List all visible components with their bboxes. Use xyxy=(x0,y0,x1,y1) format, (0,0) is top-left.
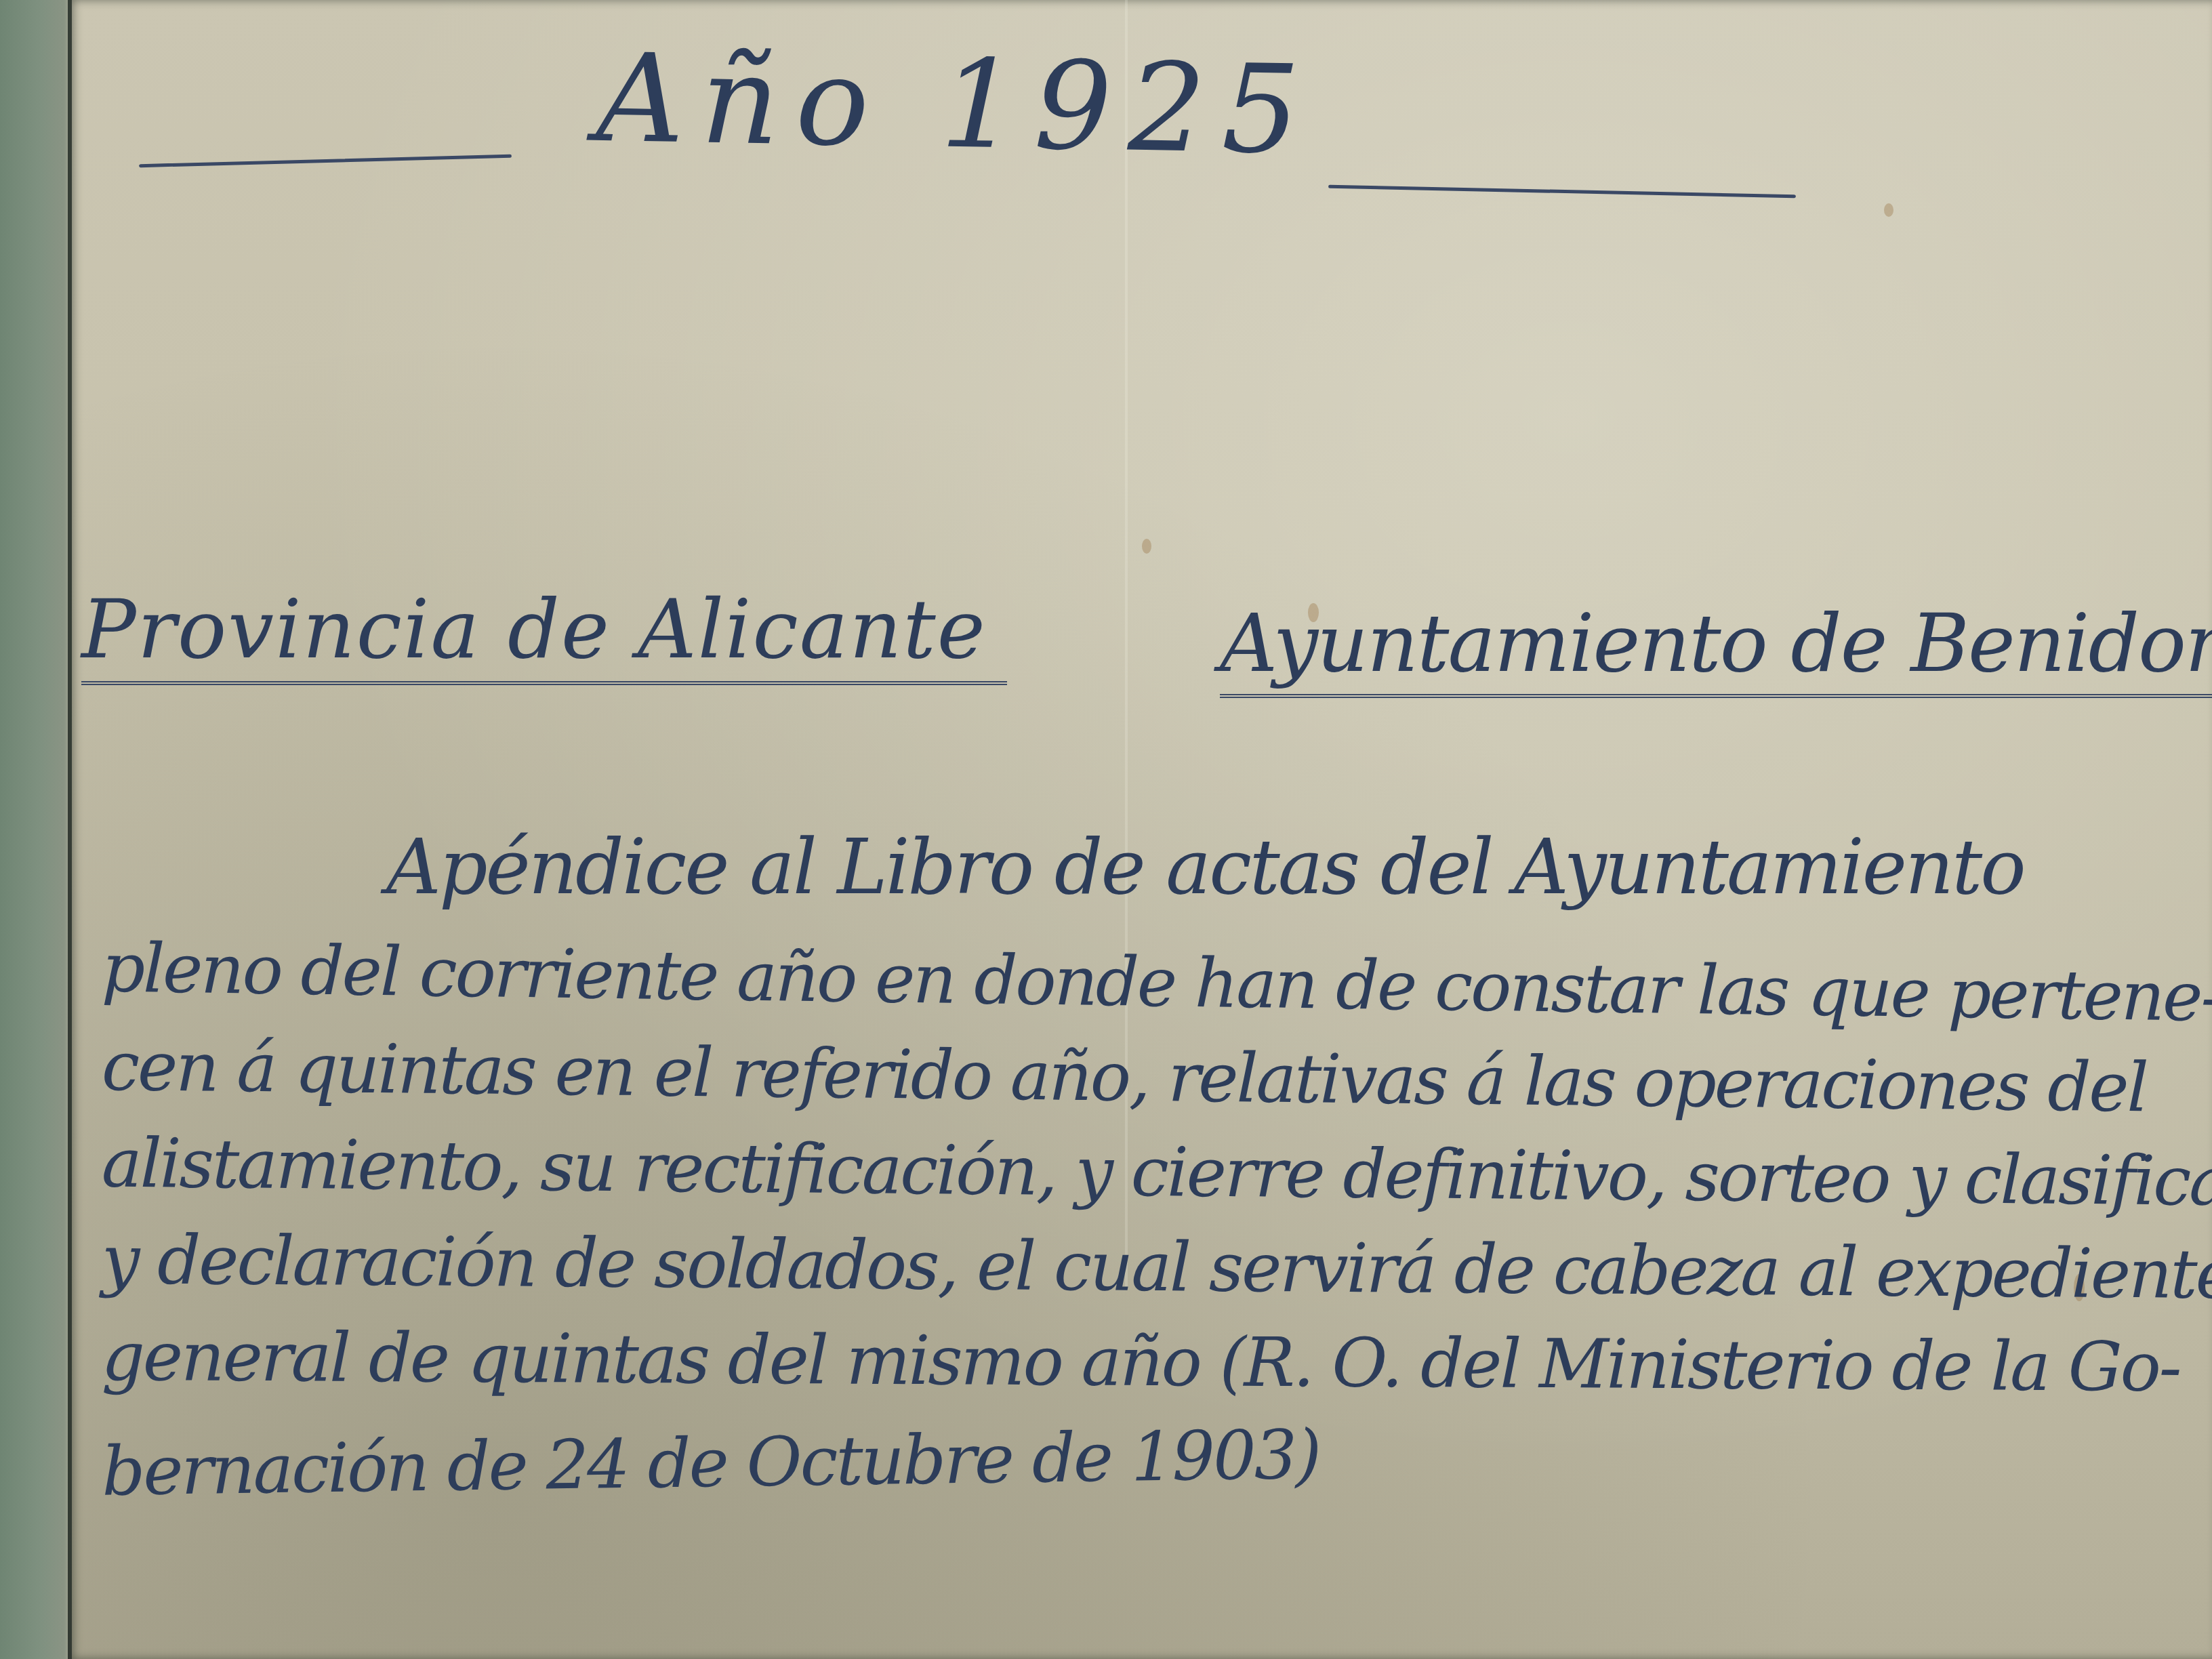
municipality-heading: Ayuntamiento de Benidorm xyxy=(1220,596,2212,698)
photo-scene: Año 1925 Provincia de Alicante Ayuntamie… xyxy=(0,0,2212,1659)
body-line: Apéndice al Libro de actas del Ayuntamie… xyxy=(102,800,2203,935)
page-binding-edge xyxy=(68,0,72,1659)
paper-stain xyxy=(1142,539,1151,554)
body-line: alistamiento, su rectificación, y cierre… xyxy=(101,1115,2203,1229)
province-heading: Provincia de Alicante xyxy=(81,583,1007,685)
body-line: y declaración de soldados, el cual servi… xyxy=(102,1212,2203,1322)
page-title: Año 1925 xyxy=(595,28,1317,182)
title-block: Año 1925 xyxy=(68,27,2212,230)
title-rule-left xyxy=(139,155,512,167)
ledger-page: Año 1925 Provincia de Alicante Ayuntamie… xyxy=(68,0,2212,1659)
title-rule-right xyxy=(1328,185,1796,198)
body-line: bernación de 24 de Octubre de 1903) xyxy=(101,1395,2203,1519)
document-body: Apéndice al Libro de actas del Ayuntamie… xyxy=(102,800,2203,1504)
